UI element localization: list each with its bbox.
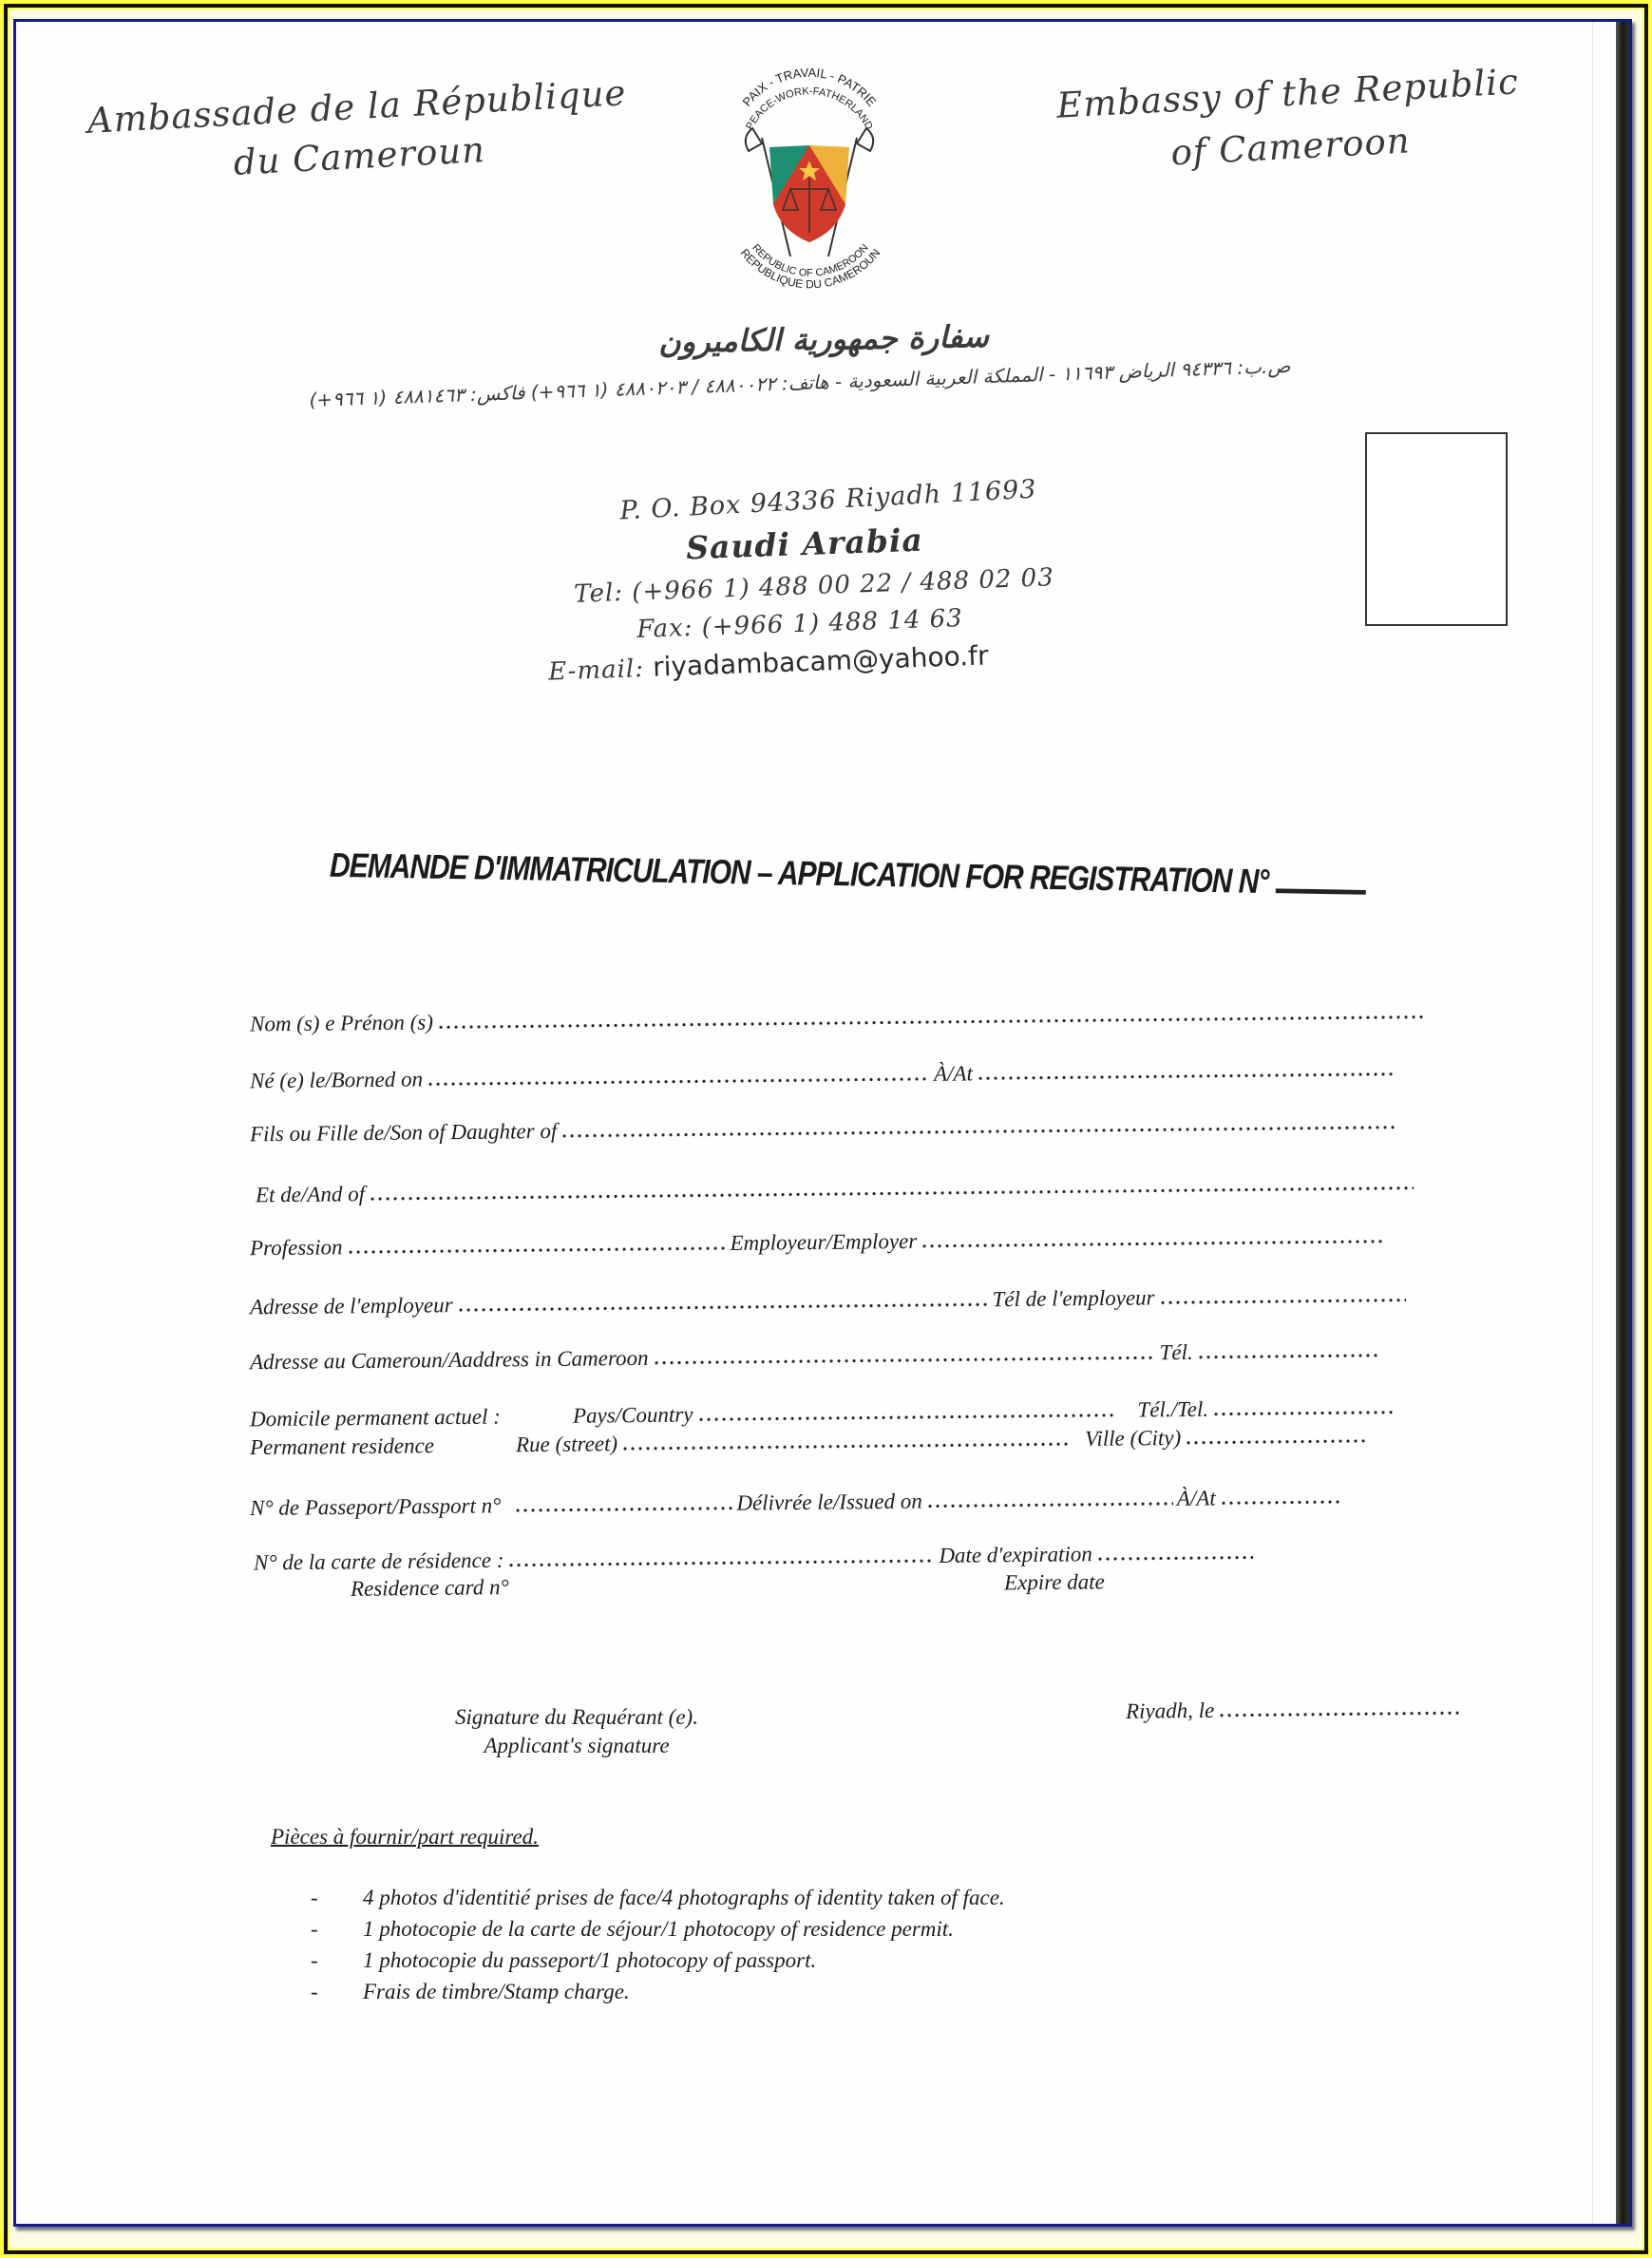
field-residence-card-en: Residence card n° (351, 1575, 509, 1602)
field-label: Fils ou Fille de/Son of Daughter of (250, 1119, 558, 1147)
list-item: -Frais de timbre/Stamp charge. (311, 1976, 1005, 2007)
signature-label-en: Applicant's signature (377, 1732, 776, 1760)
residence-card-input[interactable] (507, 1559, 935, 1567)
issued-at-input[interactable] (1220, 1500, 1343, 1505)
street-input[interactable] (621, 1442, 1068, 1451)
field-parent1: Fils ou Fille de/Son of Daughter of (250, 1110, 1400, 1148)
birth-place-input[interactable] (977, 1072, 1395, 1081)
field-label: Tél de l'employeur (992, 1285, 1154, 1312)
registration-number-field[interactable] (1276, 888, 1366, 894)
applicant-signature-area[interactable]: Signature du Requérant (e). Applicant's … (377, 1703, 776, 1760)
residence-tel-input[interactable] (1212, 1411, 1393, 1416)
profession-input[interactable] (347, 1246, 727, 1254)
document-page: Ambassade de la République du Cameroun P… (13, 19, 1632, 2227)
field-label: Permanent residence (250, 1433, 516, 1460)
field-expiry-en: Expire date (1004, 1569, 1105, 1595)
field-label: Employeur/Employer (730, 1229, 917, 1256)
field-label: Adresse de l'employeur (250, 1293, 453, 1319)
field-label: Adresse au Cameroun/Aaddress in Cameroon (250, 1346, 649, 1375)
parent2-input[interactable] (369, 1186, 1414, 1202)
embassy-name-french: Ambassade de la République du Cameroun (62, 67, 655, 197)
dash-bullet: - (311, 1913, 363, 1945)
coat-of-arms-icon: PAIX - TRAVAIL - PATRIE PEACE-WORK-FATHE… (714, 62, 904, 299)
field-label: Tél./Tel. (1137, 1397, 1208, 1423)
field-birth: Né (e) le/Borned on À/At (250, 1057, 1398, 1094)
field-label: Tél. (1159, 1340, 1192, 1365)
employer-address-input[interactable] (457, 1302, 989, 1312)
form-title-text: DEMANDE D'IMMATRICULATION – APPLICATION … (330, 847, 1269, 901)
employer-tel-input[interactable] (1159, 1299, 1406, 1305)
issued-on-input[interactable] (926, 1502, 1173, 1508)
requirement-text: 4 photos d'identitié prises de face/4 ph… (363, 1882, 1005, 1913)
country-input[interactable] (697, 1414, 1115, 1422)
field-label: Residence card n° (351, 1575, 509, 1602)
field-label: Ville (City) (1085, 1426, 1181, 1452)
place-date-field: Riyadh, le (1126, 1696, 1465, 1724)
requirement-text: 1 photocopie de la carte de séjour/1 pho… (363, 1913, 954, 1945)
field-label: Domicile permanent actuel : (250, 1404, 573, 1433)
field-label: Délivrée le/Issued on (736, 1490, 922, 1516)
field-label: Rue (street) (516, 1432, 617, 1457)
field-residence-card: N° de la carte de résidence : Date d'exp… (254, 1540, 1257, 1575)
embassy-name-english: Embassy of the Republic of Cameroon (1020, 53, 1557, 187)
date-input[interactable] (1218, 1711, 1460, 1717)
birth-date-input[interactable] (427, 1077, 930, 1087)
field-label: À/At (1177, 1486, 1216, 1510)
cameroon-address-input[interactable] (653, 1356, 1156, 1365)
name-input[interactable] (437, 1015, 1425, 1030)
field-label: À/At (934, 1061, 973, 1086)
field-label: Date d'expiration (939, 1542, 1092, 1568)
email-label: E-mail: (548, 655, 645, 686)
requirements-list: -4 photos d'identitié prises de face/4 p… (311, 1882, 1005, 2007)
dash-bullet: - (311, 1976, 363, 2007)
field-label: Nom (s) e Prénon (s) (250, 1010, 433, 1036)
field-profession: Profession Employeur/Employer (250, 1224, 1390, 1262)
dash-bullet: - (311, 1882, 363, 1913)
field-label: Profession (250, 1235, 343, 1261)
photo-box[interactable] (1365, 432, 1508, 626)
cameroon-tel-input[interactable] (1197, 1354, 1377, 1359)
arabic-title: سفارة جمهورية الكاميرون (567, 316, 1081, 361)
field-label: Et de/And of (256, 1182, 365, 1207)
field-name: Nom (s) e Prénon (s) (250, 1000, 1429, 1037)
field-parent2: Et de/And of (256, 1171, 1417, 1208)
city-input[interactable] (1185, 1439, 1365, 1445)
list-item: -1 photocopie de la carte de séjour/1 ph… (311, 1913, 1005, 1945)
field-label: N° de Passeport/Passport n° (250, 1493, 502, 1521)
requirement-text: 1 photocopie du passeport/1 photocopy of… (363, 1945, 816, 1976)
contact-block: P. O. Box 94336 Riyadh 11693 Saudi Arabi… (558, 480, 1071, 682)
arabic-address: ص.ب: ٩٤٣٣٦ الرياض ١١٦٩٣ - المملكة العربي… (178, 350, 1422, 416)
field-label: Riyadh, le (1126, 1698, 1215, 1724)
list-item: -4 photos d'identitié prises de face/4 p… (311, 1882, 1005, 1913)
field-cameroon-address: Adresse au Cameroun/Aaddress in Cameroon… (250, 1338, 1381, 1375)
dash-bullet: - (311, 1945, 363, 1976)
expiry-date-input[interactable] (1096, 1556, 1253, 1562)
scan-artifact-line (1592, 22, 1593, 2224)
field-label: N° de la carte de résidence : (254, 1548, 504, 1576)
field-employer-address: Adresse de l'employeur Tél de l'employeu… (250, 1283, 1410, 1320)
email-value[interactable]: riyadambacam@yahoo.fr (653, 639, 989, 682)
field-label: Né (e) le/Borned on (250, 1067, 423, 1093)
requirements-title: Pièces à fournir/part required. (271, 1825, 539, 1850)
parent1-input[interactable] (560, 1126, 1396, 1138)
form-title: DEMANDE D'IMMATRICULATION – APPLICATION … (330, 847, 1423, 905)
employer-input[interactable] (921, 1240, 1386, 1248)
passport-number-input[interactable] (514, 1507, 732, 1512)
field-passport: N° de Passeport/Passport n° Délivrée le/… (250, 1485, 1347, 1521)
signature-label-fr: Signature du Requérant (e). (377, 1703, 776, 1732)
field-label: Expire date (1004, 1569, 1105, 1595)
list-item: -1 photocopie du passeport/1 photocopy o… (311, 1945, 1005, 1976)
field-label: Pays/Country (573, 1402, 693, 1428)
scan-edge-strip (1616, 22, 1629, 2224)
requirement-text: Frais de timbre/Stamp charge. (363, 1976, 630, 2007)
